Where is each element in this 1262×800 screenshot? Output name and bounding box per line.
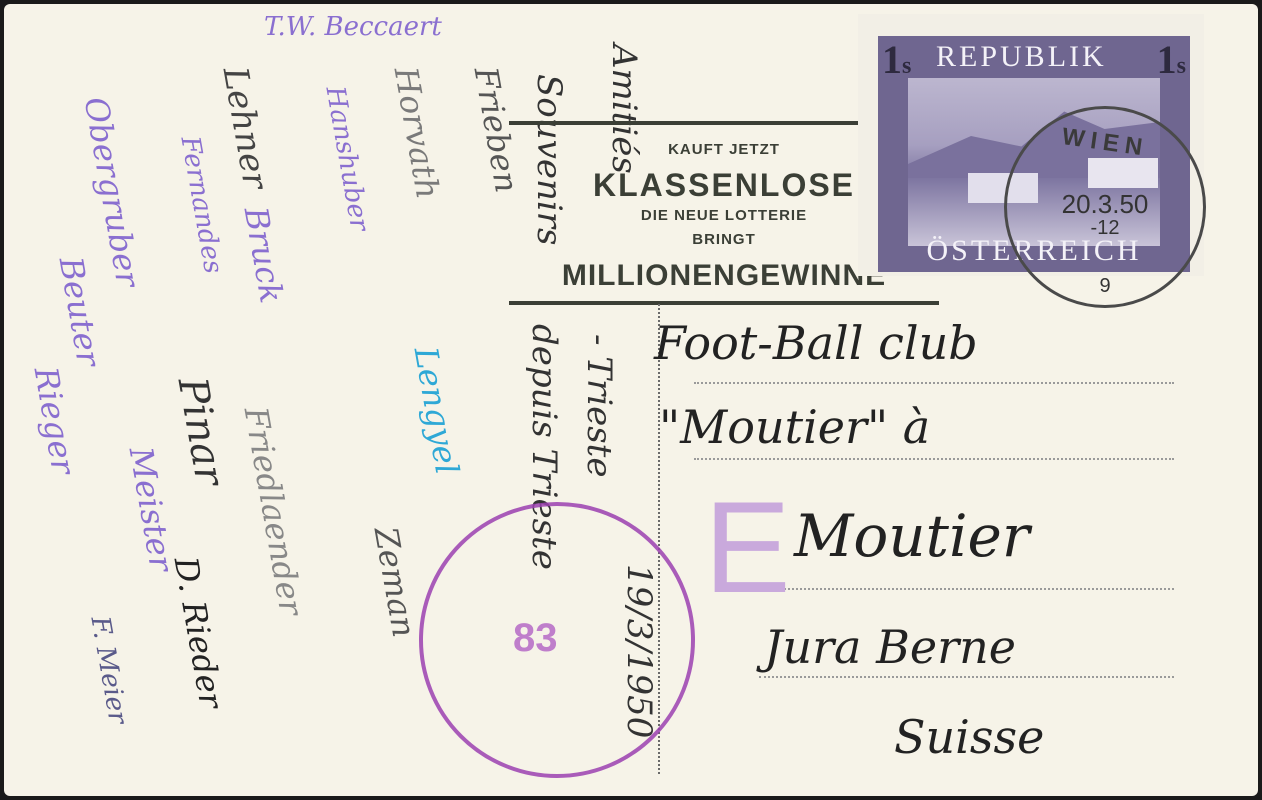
address-line-1: Foot-Ball club xyxy=(654,316,978,370)
signature: Friedlaender xyxy=(237,404,311,618)
address-line xyxy=(694,458,1174,460)
signature: Lengyel xyxy=(407,344,467,477)
message-line: - Trieste xyxy=(579,334,619,477)
signature: Bruck xyxy=(237,204,291,306)
stamp-country-top: REPUBLIK xyxy=(936,40,1107,74)
signature: Rieger xyxy=(27,364,83,477)
postmark-time: -12 xyxy=(1007,217,1203,240)
signature: Meister xyxy=(122,444,181,574)
address-line xyxy=(694,382,1174,384)
address-line-2: "Moutier" à xyxy=(659,400,930,454)
signature: Hanshuber xyxy=(319,84,374,233)
signature: T.W. Beccaert xyxy=(264,12,442,42)
postcard: T.W. Beccaert Horvath Hanshuber Frieben … xyxy=(4,4,1258,796)
signature: D. Rieder xyxy=(167,554,231,711)
censor-number: 83 xyxy=(513,616,558,661)
postmark-date: 20.3.50 xyxy=(1007,189,1203,220)
address-line-5: Suisse xyxy=(894,710,1044,764)
cancel-bar xyxy=(509,301,939,305)
signature: F. Meier xyxy=(84,614,132,726)
censor-stamp: 83 xyxy=(419,502,695,778)
address-line xyxy=(759,588,1174,590)
address-line-4: Jura Berne xyxy=(764,620,1016,674)
address-line-3: Moutier xyxy=(794,502,1030,570)
signature: Lehner xyxy=(215,64,276,192)
address-line xyxy=(759,676,1174,678)
signature: Fernandes xyxy=(174,134,228,276)
censor-letter: E xyxy=(704,472,791,622)
signature: Zeman xyxy=(367,524,424,640)
signature: Pinar xyxy=(169,374,233,489)
postmark: WIEN 20.3.50 -12 9 xyxy=(1004,106,1206,308)
signature: Horvath xyxy=(387,64,448,202)
signature: Beuter xyxy=(52,254,109,369)
postmark-office-number: 9 xyxy=(1007,275,1203,298)
stamp-denomination: 1s xyxy=(882,36,911,83)
stamp-denomination: 1s xyxy=(1157,36,1186,83)
